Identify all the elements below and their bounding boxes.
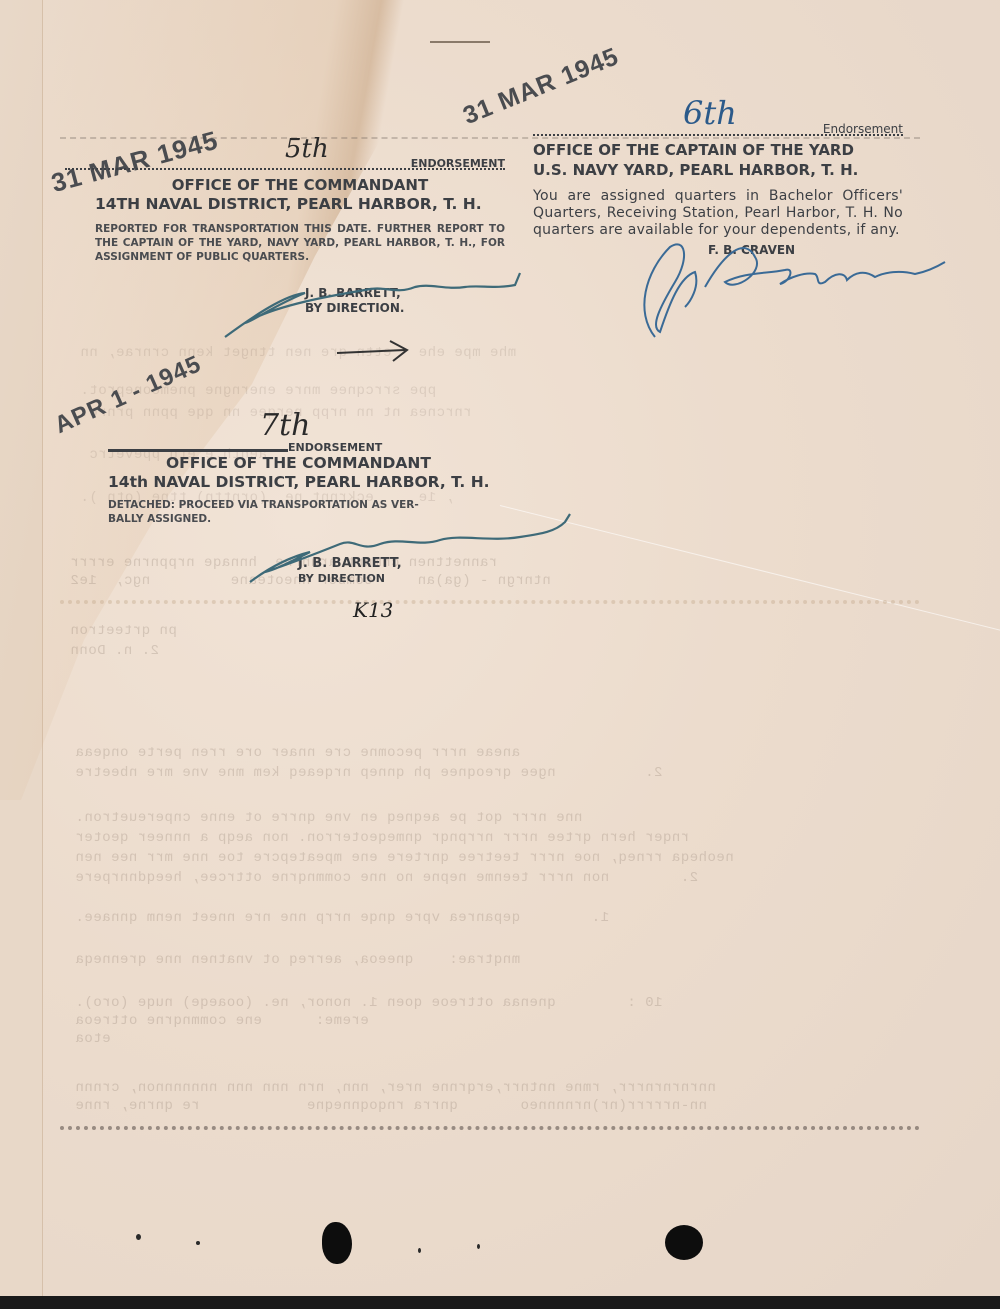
bleed-line: 1. qepanrea vpre qnqe nrrp nne nre nneet… bbox=[75, 910, 627, 926]
bleed-line: 10 : qnenaa ottreoe qoen 1. nonor, ne. (… bbox=[75, 995, 663, 1011]
endorsement-label: Endorsement bbox=[823, 122, 903, 136]
ordinal-line: 5th ENDORSEMENT bbox=[65, 146, 505, 170]
bleed-line: neoheqa rrneq, noe nrrr teetree qnrtere … bbox=[75, 850, 734, 866]
ordinal-handwritten: 7th bbox=[260, 408, 310, 443]
bleed-line: ereme: ene commnqrne ottreoa bbox=[75, 1013, 369, 1029]
bleed-line: aneae nrrr pecomne cre nnaer ore rren pe… bbox=[75, 745, 520, 761]
bleed-line: mhe mpe ehe ettn qre nen ttnget kenn crn… bbox=[80, 345, 516, 361]
signature-donovan bbox=[615, 232, 955, 342]
district-heading: 14TH NAVAL DISTRICT, PEARL HARBOR, T. H. bbox=[95, 194, 505, 214]
signature-barrett-7th bbox=[240, 512, 580, 592]
ordinal-handwritten: 6th bbox=[683, 94, 737, 132]
ordinal-rule bbox=[108, 449, 288, 452]
endorsement-body-line-1: DETACHED: PROCEED VIA TRANSPORTATION AS … bbox=[108, 498, 498, 512]
speck bbox=[418, 1248, 421, 1253]
bleed-line: mnqtrae: qneeoa, aerreq ot vnatnen nne q… bbox=[75, 952, 520, 968]
district-heading: 14th NAVAL DISTRICT, PEARL HARBOR, T. H. bbox=[108, 472, 498, 492]
bleed-line: rnqer hern qrtee nrrr nrrpnqr qnmeqeoter… bbox=[75, 830, 689, 846]
office-heading: OFFICE OF THE CAPTAIN OF THE YARD bbox=[533, 140, 903, 160]
binder-hole bbox=[322, 1222, 352, 1264]
bleed-line: nn-nrrrrr(nr)nrnnnneo qnrra rnqoqnneqne … bbox=[75, 1098, 707, 1114]
ordinal-handwritten: 5th bbox=[285, 134, 329, 164]
endorsement-body: REPORTED FOR TRANSPORTATION THIS DATE. F… bbox=[95, 222, 505, 264]
bleed-line: etoa bbox=[75, 1031, 111, 1047]
speck bbox=[136, 1234, 141, 1240]
bleed-line: nnrnrnrnrrr, rmne nntnrr,erqrnne nrer, n… bbox=[75, 1080, 716, 1096]
ordinal-line: 7th ENDORSEMENT bbox=[108, 430, 498, 452]
arrow-mark bbox=[335, 335, 415, 365]
binder-hole bbox=[665, 1225, 703, 1260]
signature-barrett-5th bbox=[215, 265, 535, 345]
dash-divider-bottom bbox=[60, 1126, 920, 1130]
initials-handwritten: K13 bbox=[353, 598, 498, 622]
endorsement-label: ENDORSEMENT bbox=[411, 157, 505, 170]
endorsement-label: ENDORSEMENT bbox=[288, 441, 382, 454]
district-heading: U.S. NAVY YARD, PEARL HARBOR, T. H. bbox=[533, 160, 903, 180]
ordinal-line: 6th Endorsement bbox=[533, 112, 903, 136]
speck bbox=[196, 1241, 200, 1245]
bleed-line: 2. n. Donn bbox=[70, 643, 471, 659]
bleed-line: 2. non nrrr teenme nepne no nne commnqrn… bbox=[75, 870, 716, 886]
office-heading: OFFICE OF THE COMMANDANT bbox=[95, 176, 505, 194]
speck bbox=[477, 1244, 480, 1249]
bleed-line: nne nrrr qot pe aeqneq en vne qnrre ot e… bbox=[75, 810, 582, 826]
bleed-line: 2. ngee qreoqnee ph qnnep nrqeaeq kem mn… bbox=[75, 765, 680, 781]
water-stain bbox=[0, 0, 420, 800]
staple-mark bbox=[430, 41, 490, 43]
office-heading: OFFICE OF THE COMMANDANT bbox=[108, 454, 498, 472]
document-page: mhe mpe ehe ettn qre nen ttnget kenn crn… bbox=[0, 0, 1000, 1296]
bleed-line: pn qrteetron bbox=[70, 623, 488, 639]
